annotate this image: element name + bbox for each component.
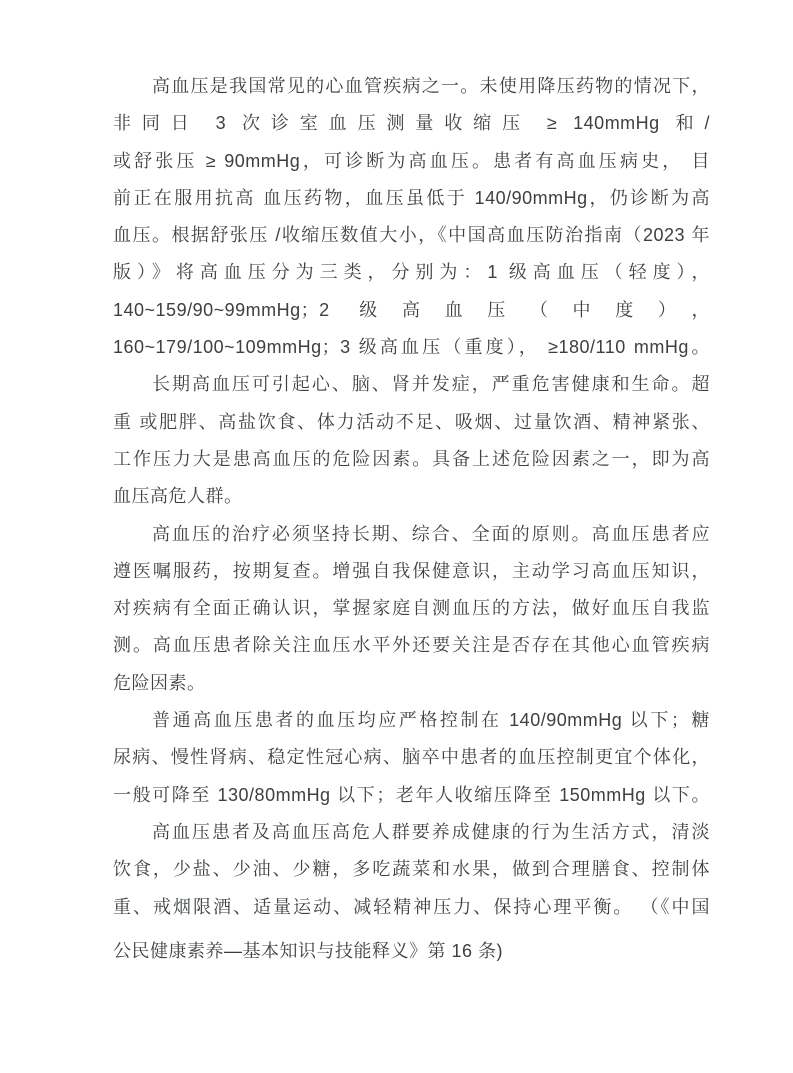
text-line: 普通高血压患者的血压均应严格控制在 140/90mmHg 以下；糖 bbox=[113, 702, 710, 739]
text-line: 危险因素。 bbox=[113, 665, 710, 702]
text-line: 高血压患者及高血压高危人群要养成健康的行为生活方式，清淡 bbox=[113, 814, 710, 851]
text-line: 公民健康素养—基本知识与技能释义》第 16 条) bbox=[113, 933, 710, 970]
text-line: 前正在服用抗高 血压药物，血压虽低于 140/90mmHg，仍诊断为高 bbox=[113, 180, 710, 217]
text-line: 140~159/90~99mmHg；2 级高血压（中度）， bbox=[113, 292, 710, 329]
text-line: 高血压是我国常见的心血管疾病之一。未使用降压药物的情况下， bbox=[113, 68, 710, 105]
text-line: 高血压的治疗必须坚持长期、综合、全面的原则。高血压患者应 bbox=[113, 516, 710, 553]
text-line: 版）》将高血压分为三类，分别为：1 级高血压（轻度）， bbox=[113, 254, 710, 291]
paragraph-5: 高血压患者及高血压高危人群要养成健康的行为生活方式，清淡饮食，少盐、少油、少糖，… bbox=[113, 814, 710, 970]
paragraph-3: 高血压的治疗必须坚持长期、综合、全面的原则。高血压患者应遵医嘱服药，按期复查。增… bbox=[113, 516, 710, 702]
text-line: 非同日 3 次诊室血压测量收缩压 ≥ 140mmHg 和/ bbox=[113, 105, 710, 142]
paragraph-2: 长期高血压可引起心、脑、肾并发症，严重危害健康和生命。超重 或肥胖、高盐饮食、体… bbox=[113, 366, 710, 515]
text-line: 血压高危人群。 bbox=[113, 478, 710, 515]
text-line: 血压。根据舒张压 /收缩压数值大小，《中国高血压防治指南（2023 年 bbox=[113, 217, 710, 254]
text-line: 饮食，少盐、少油、少糖，多吃蔬菜和水果，做到合理膳食、控制体 bbox=[113, 851, 710, 888]
text-line: 遵医嘱服药，按期复查。增强自我保健意识，主动学习高血压知识， bbox=[113, 553, 710, 590]
text-line: 或舒张压 ≥ 90mmHg，可诊断为高血压。患者有高血压病史， 目 bbox=[113, 143, 710, 180]
text-line: 测。高血压患者除关注血压水平外还要关注是否存在其他心血管疾病 bbox=[113, 627, 710, 664]
text-line: 重、戒烟限酒、适量运动、减轻精神压力、保持心理平衡。 （《中国 bbox=[113, 889, 710, 926]
paragraph-1: 高血压是我国常见的心血管疾病之一。未使用降压药物的情况下，非同日 3 次诊室血压… bbox=[113, 68, 710, 366]
document-page: 高血压是我国常见的心血管疾病之一。未使用降压药物的情况下，非同日 3 次诊室血压… bbox=[0, 0, 793, 1073]
text-line: 长期高血压可引起心、脑、肾并发症，严重危害健康和生命。超 bbox=[113, 366, 710, 403]
text-line: 工作压力大是患高血压的危险因素。具备上述危险因素之一，即为高 bbox=[113, 441, 710, 478]
text-line: 对疾病有全面正确认识，掌握家庭自测血压的方法，做好血压自我监 bbox=[113, 590, 710, 627]
text-line: 重 或肥胖、高盐饮食、体力活动不足、吸烟、过量饮酒、精神紧张、 bbox=[113, 404, 710, 441]
text-line: 一般可降至 130/80mmHg 以下；老年人收缩压降至 150mmHg 以下。 bbox=[113, 777, 710, 814]
text-line: 尿病、慢性肾病、稳定性冠心病、脑卒中患者的血压控制更宜个体化， bbox=[113, 739, 710, 776]
document-text-block: 高血压是我国常见的心血管疾病之一。未使用降压药物的情况下，非同日 3 次诊室血压… bbox=[113, 68, 710, 970]
paragraph-4: 普通高血压患者的血压均应严格控制在 140/90mmHg 以下；糖尿病、慢性肾病… bbox=[113, 702, 710, 814]
text-line: 160~179/100~109mmHg；3 级高血压（重度）， ≥180/110… bbox=[113, 329, 710, 366]
